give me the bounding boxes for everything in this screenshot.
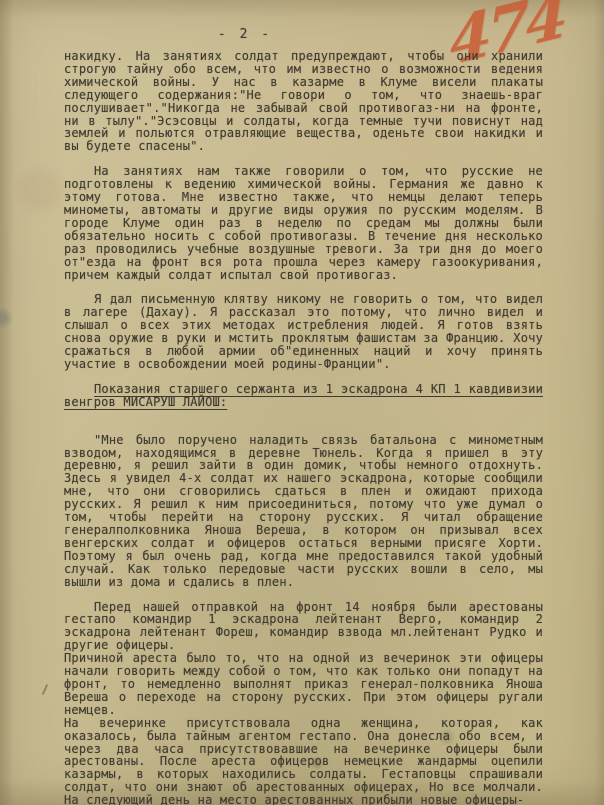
paragraph: Перед нашей отправкой на фронт 14 ноября… <box>64 601 543 653</box>
section-heading: Показания старшего сержанта из 1 эскадро… <box>64 383 543 409</box>
margin-checkmark <box>42 684 48 695</box>
paragraph: Причиной ареста было то, что на одной из… <box>64 652 543 717</box>
paragraph: накидку. На занятиях солдат предупреждаю… <box>64 50 543 153</box>
typed-page-number: - 2 - <box>0 27 490 42</box>
document-text: накидку. На занятиях солдат предупреждаю… <box>64 50 543 805</box>
scanned-page: 474 - 2 - накидку. На занятиях солдат пр… <box>0 0 604 805</box>
paragraph: Я дал письменную клятву никому не говори… <box>64 293 543 370</box>
paragraph: "Мне было поручено наладить связь баталь… <box>64 434 543 589</box>
paragraph: На занятиях нам также говорили о том, чт… <box>64 165 543 281</box>
paragraph: На вечеринке присутствовала одна женщина… <box>64 717 543 805</box>
